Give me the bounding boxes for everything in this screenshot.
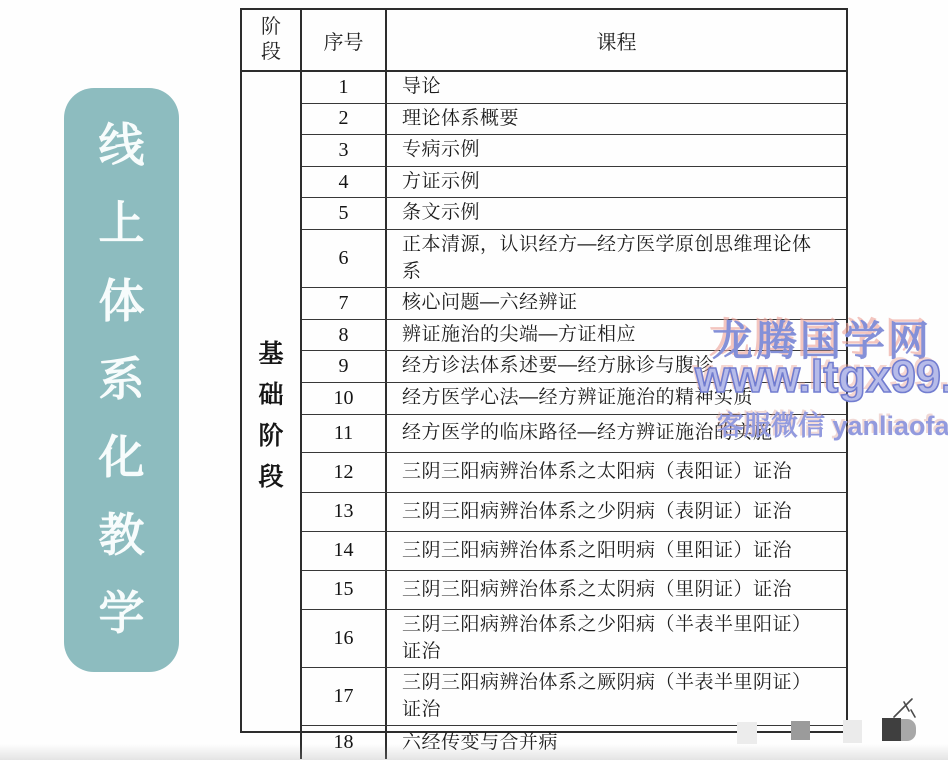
row-number-cell: 17 <box>302 668 387 725</box>
table-row: 18六经传变与合并病 <box>302 725 846 759</box>
banner-char: 学 <box>99 591 145 637</box>
redaction-block <box>843 720 862 743</box>
redaction-block <box>737 722 757 744</box>
row-course-cell: 专病示例 <box>387 135 846 166</box>
table-body: 基础阶段 1导论2理论体系概要3专病示例4方证示例5条文示例6正本清源，认识经方… <box>242 72 846 759</box>
banner-char: 系 <box>99 357 145 403</box>
row-number-cell: 1 <box>302 72 387 103</box>
row-number-cell: 4 <box>302 167 387 198</box>
row-course-cell: 三阴三阳病辨治体系之厥阴病（半表半里阴证）证治 <box>387 668 846 725</box>
row-number-cell: 12 <box>302 453 387 492</box>
row-course-cell: 三阴三阳病辨治体系之少阳病（半表半里阳证）证治 <box>387 610 846 667</box>
table-header-row: 阶段 序号 课程 <box>242 10 846 72</box>
banner-char: 线 <box>99 123 145 169</box>
banner-online-systematic-teaching: 线上体系化教学 <box>64 88 179 672</box>
scribble-mark <box>890 693 922 723</box>
row-number-cell: 18 <box>302 726 387 759</box>
row-course-cell: 条文示例 <box>387 198 846 229</box>
row-course-cell: 理论体系概要 <box>387 104 846 135</box>
banner-char: 教 <box>99 513 145 559</box>
table-row: 2理论体系概要 <box>302 103 846 135</box>
table-row: 8辨证施治的尖端—方证相应 <box>302 319 846 351</box>
row-course-cell: 核心问题—六经辨证 <box>387 288 846 319</box>
table-row: 6正本清源，认识经方—经方医学原创思维理论体系 <box>302 229 846 287</box>
header-cell-course: 课程 <box>387 10 846 70</box>
row-number-cell: 5 <box>302 198 387 229</box>
row-course-cell: 三阴三阳病辨治体系之太阴病（里阴证）证治 <box>387 571 846 609</box>
row-number-cell: 16 <box>302 610 387 667</box>
row-number-cell: 6 <box>302 230 387 287</box>
row-number-cell: 14 <box>302 532 387 570</box>
table-row: 10经方医学心法—经方辨证施治的精神实质 <box>302 382 846 414</box>
row-number-cell: 10 <box>302 383 387 414</box>
row-course-cell: 经方医学的临床路径—经方辨证施治的实施 <box>387 415 846 452</box>
row-number-cell: 15 <box>302 571 387 609</box>
row-number-cell: 13 <box>302 493 387 531</box>
table-row: 9经方诊法体系述要—经方脉诊与腹诊 <box>302 350 846 382</box>
table-row: 7核心问题—六经辨证 <box>302 287 846 319</box>
table-row: 11经方医学的临床路径—经方辨证施治的实施 <box>302 414 846 452</box>
table-row: 17三阴三阳病辨治体系之厥阴病（半表半里阴证）证治 <box>302 667 846 725</box>
row-course-cell: 六经传变与合并病 <box>387 726 846 759</box>
row-course-cell: 经方诊法体系述要—经方脉诊与腹诊 <box>387 351 846 382</box>
row-number-cell: 9 <box>302 351 387 382</box>
banner-char: 化 <box>99 435 145 481</box>
row-course-cell: 辨证施治的尖端—方证相应 <box>387 320 846 351</box>
row-course-cell: 导论 <box>387 72 846 103</box>
stage-label-char: 段 <box>258 464 283 490</box>
table-row: 1导论 <box>302 72 846 103</box>
table-row: 3专病示例 <box>302 134 846 166</box>
table-row: 16三阴三阳病辨治体系之少阳病（半表半里阳证）证治 <box>302 609 846 667</box>
scanned-document-page: 线上体系化教学 阶段 序号 课程 基础阶段 1导论2理论体系概要3专病示例4方证… <box>0 0 948 760</box>
stage-cell-basic-stage: 基础阶段 <box>242 72 302 759</box>
header-stage-char: 段 <box>261 40 281 65</box>
row-number-cell: 8 <box>302 320 387 351</box>
table-row: 12三阴三阳病辨治体系之太阳病（表阳证）证治 <box>302 452 846 492</box>
curriculum-table: 阶段 序号 课程 基础阶段 1导论2理论体系概要3专病示例4方证示例5条文示例6… <box>240 8 848 733</box>
table-rows: 1导论2理论体系概要3专病示例4方证示例5条文示例6正本清源，认识经方—经方医学… <box>302 72 846 759</box>
table-row: 5条文示例 <box>302 197 846 229</box>
stage-label-char: 阶 <box>258 423 283 449</box>
header-cell-number: 序号 <box>302 10 387 70</box>
row-number-cell: 11 <box>302 415 387 452</box>
header-stage-char: 阶 <box>261 15 281 40</box>
row-course-cell: 正本清源，认识经方—经方医学原创思维理论体系 <box>387 230 846 287</box>
banner-char: 体 <box>99 279 145 325</box>
row-number-cell: 7 <box>302 288 387 319</box>
header-cell-stage: 阶段 <box>242 10 302 70</box>
table-row: 13三阴三阳病辨治体系之少阴病（表阴证）证治 <box>302 492 846 531</box>
table-row: 14三阴三阳病辨治体系之阳明病（里阳证）证治 <box>302 531 846 570</box>
table-row: 15三阴三阳病辨治体系之太阴病（里阴证）证治 <box>302 570 846 609</box>
stage-label-char: 础 <box>258 382 283 408</box>
row-course-cell: 三阴三阳病辨治体系之太阳病（表阳证）证治 <box>387 453 846 492</box>
stage-label-char: 基 <box>258 341 283 367</box>
row-number-cell: 2 <box>302 104 387 135</box>
row-course-cell: 三阴三阳病辨治体系之阳明病（里阳证）证治 <box>387 532 846 570</box>
redaction-block <box>791 721 810 740</box>
banner-char: 上 <box>99 201 145 247</box>
row-course-cell: 经方医学心法—经方辨证施治的精神实质 <box>387 383 846 414</box>
row-course-cell: 三阴三阳病辨治体系之少阴病（表阴证）证治 <box>387 493 846 531</box>
table-row: 4方证示例 <box>302 166 846 198</box>
row-course-cell: 方证示例 <box>387 167 846 198</box>
row-number-cell: 3 <box>302 135 387 166</box>
